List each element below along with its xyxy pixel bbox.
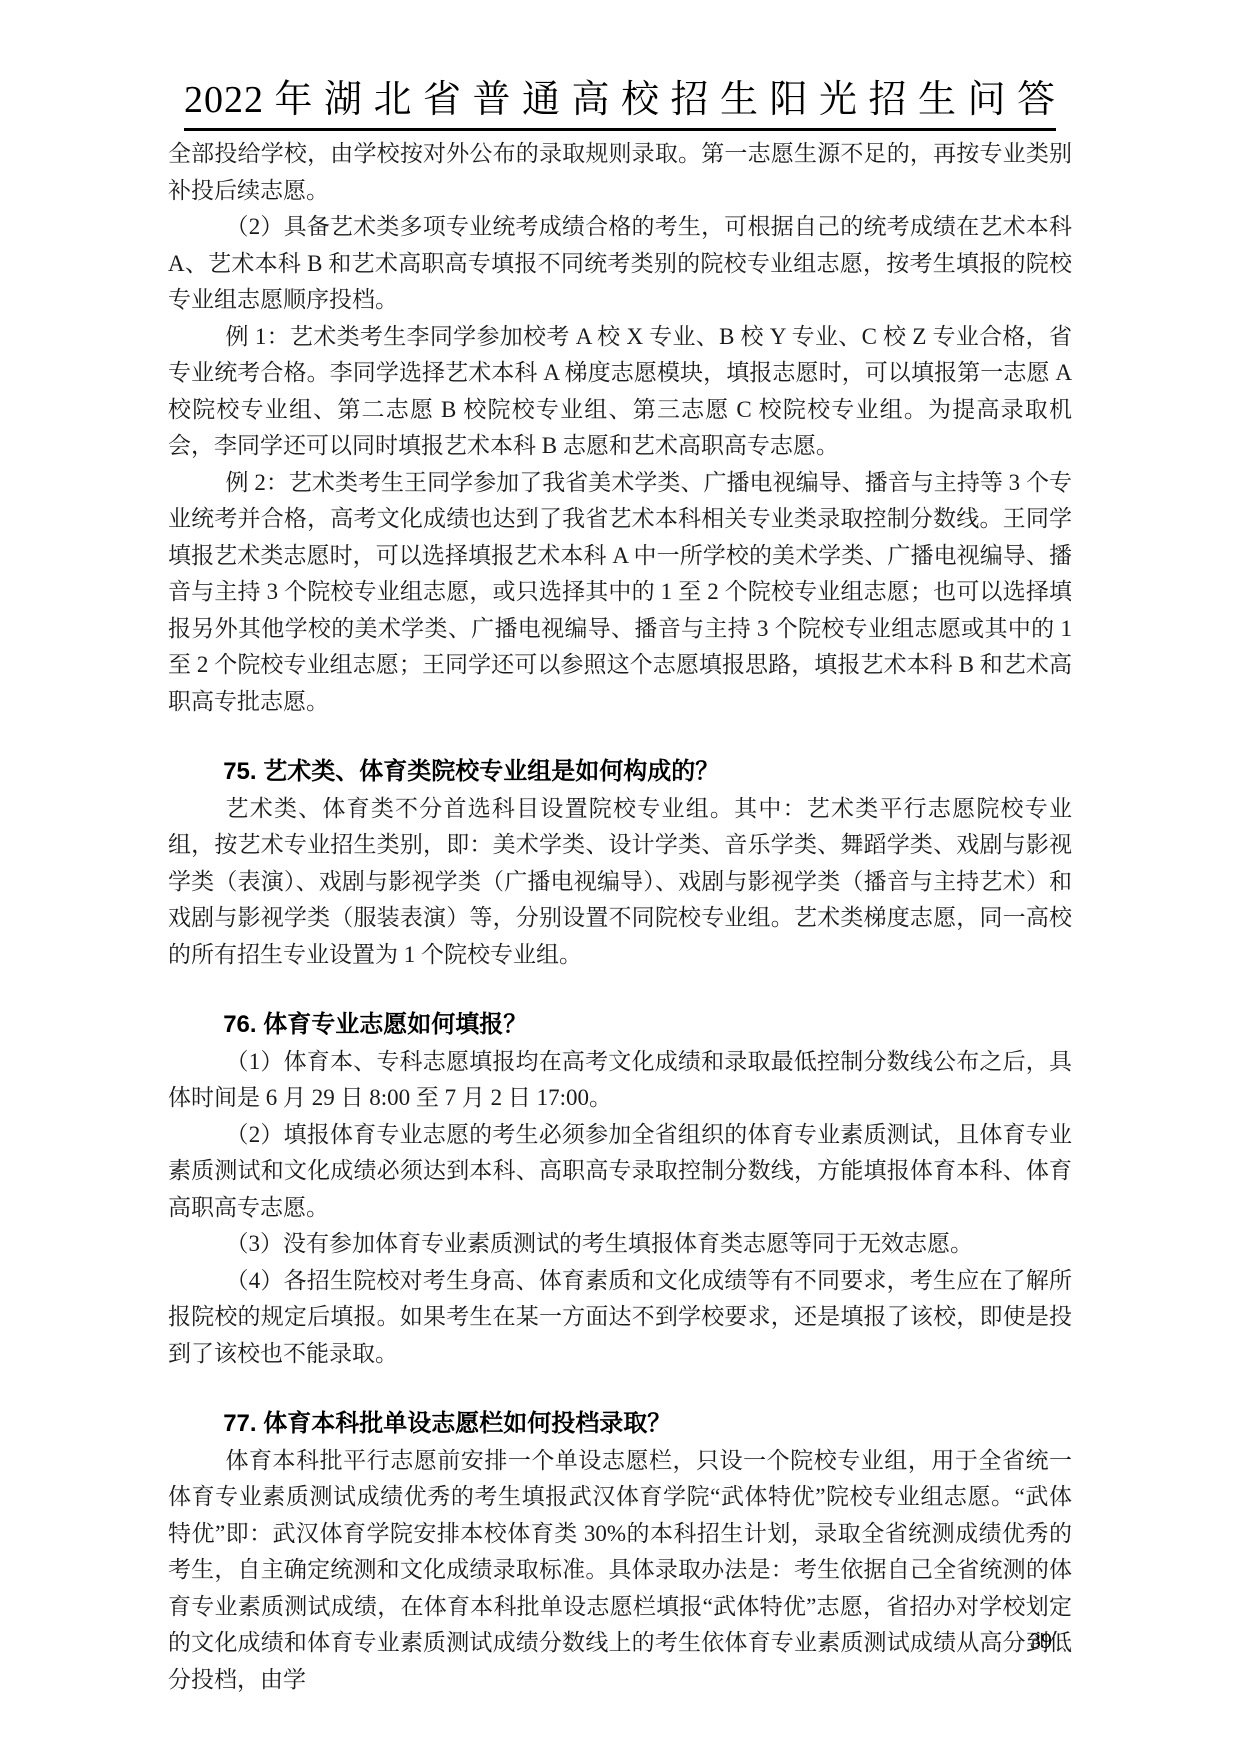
- paragraph-answer-76-item-2: （2）填报体育专业志愿的考生必须参加全省组织的体育专业素质测试，且体育专业素质测…: [168, 1117, 1072, 1227]
- paragraph-example-2: 例 2：艺术类考生王同学参加了我省美术学类、广播电视编导、播音与主持等 3 个专…: [168, 465, 1072, 721]
- page-title: 2022 年 湖 北 省 普 通 高 校 招 生 阳 光 招 生 问 答: [184, 78, 1056, 131]
- question-heading-76: 76. 体育专业志愿如何填报？: [168, 1007, 1072, 1044]
- page-number: 39: [1030, 1628, 1052, 1654]
- question-heading-77: 77. 体育本科批单设志愿栏如何投档录取？: [168, 1406, 1072, 1443]
- paragraph-answer-76-item-1: （1）体育本、专科志愿填报均在高考文化成绩和录取最低控制分数线公布之后，具体时间…: [168, 1044, 1072, 1117]
- paragraph-answer-76-item-4: （4）各招生院校对考生身高、体育素质和文化成绩等有不同要求，考生应在了解所报院校…: [168, 1263, 1072, 1373]
- paragraph-answer-75: 艺术类、体育类不分首选科目设置院校专业组。其中：艺术类平行志愿院校专业组，按艺术…: [168, 791, 1072, 974]
- question-heading-75: 75. 艺术类、体育类院校专业组是如何构成的？: [168, 754, 1072, 791]
- document-page: 2022 年 湖 北 省 普 通 高 校 招 生 阳 光 招 生 问 答 全部投…: [0, 0, 1240, 1753]
- paragraph-item-2: （2）具备艺术类多项专业统考成绩合格的考生，可根据自己的统考成绩在艺术本科 A、…: [168, 209, 1072, 319]
- paragraph-example-1: 例 1：艺术类考生李同学参加校考 A 校 X 专业、B 校 Y 专业、C 校 Z…: [168, 319, 1072, 465]
- paragraph-continuation: 全部投给学校，由学校按对外公布的录取规则录取。第一志愿生源不足的，再按专业类别补…: [168, 136, 1072, 209]
- paragraph-answer-76-item-3: （3）没有参加体育专业素质测试的考生填报体育类志愿等同于无效志愿。: [168, 1226, 1072, 1263]
- document-body: 全部投给学校，由学校按对外公布的录取规则录取。第一志愿生源不足的，再按专业类别补…: [168, 136, 1072, 1698]
- document-header: 2022 年 湖 北 省 普 通 高 校 招 生 阳 光 招 生 问 答: [168, 78, 1072, 131]
- paragraph-answer-77: 体育本科批平行志愿前安排一个单设志愿栏，只设一个院校专业组，用于全省统一体育专业…: [168, 1443, 1072, 1699]
